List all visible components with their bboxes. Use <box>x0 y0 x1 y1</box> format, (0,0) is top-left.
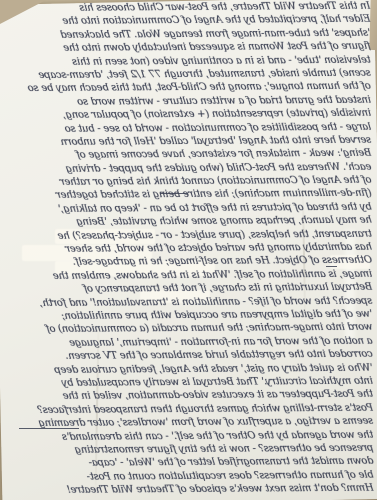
underline-mark-outer-dreaming <box>19 428 79 429</box>
underline-mark-think <box>160 193 187 194</box>
photographed-page: In this Theatre Wild Theatre, the Post-w… <box>0 0 377 500</box>
handwriting-line: Hmm? don't miss next week's episode of T… <box>7 482 374 498</box>
handwriting-lines: In this Theatre Wild Theatre, the Post-w… <box>4 0 373 500</box>
underline-mark-in <box>326 266 337 267</box>
